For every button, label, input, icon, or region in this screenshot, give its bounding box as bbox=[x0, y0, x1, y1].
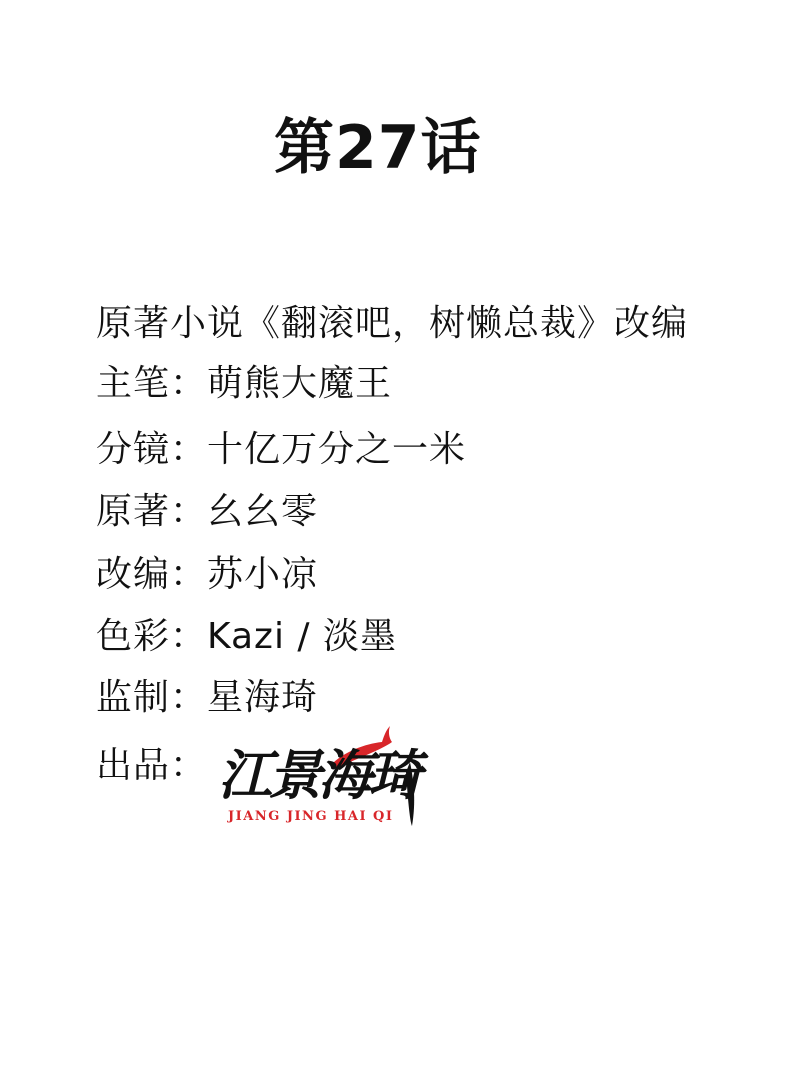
credit-adaptation: 改编：苏小凉 bbox=[96, 557, 318, 593]
credit-label: 原著： bbox=[96, 491, 207, 532]
credit-label: 监制： bbox=[96, 677, 207, 718]
credit-original-author: 原著：幺幺零 bbox=[96, 494, 318, 530]
logo-pinyin: JIANG JING HAI QI bbox=[227, 809, 393, 824]
producer-logo: 江景海琦 JIANG JING HAI QI bbox=[214, 722, 444, 832]
credit-supervisor: 监制：星海琦 bbox=[96, 680, 318, 716]
credit-label: 分镜： bbox=[96, 429, 207, 470]
chapter-title: 第27话 bbox=[274, 112, 482, 184]
logo-graphic: 江景海琦 JIANG JING HAI QI bbox=[214, 722, 444, 832]
credit-label: 主笔： bbox=[96, 363, 207, 404]
credit-value: 幺幺零 bbox=[207, 491, 318, 532]
credit-producer: 出品： bbox=[96, 748, 207, 784]
credit-storyboard: 分镜：十亿万分之一米 bbox=[96, 432, 466, 468]
credit-value: Kazi / 淡墨 bbox=[207, 616, 397, 657]
logo-calligraphy: 江景海琦 bbox=[218, 743, 429, 807]
credit-label: 色彩： bbox=[96, 616, 207, 657]
credit-value: 星海琦 bbox=[207, 677, 318, 718]
credit-colorist: 色彩：Kazi / 淡墨 bbox=[96, 619, 397, 655]
source-adaptation-line: 原著小说《翻滚吧，树懒总裁》改编 bbox=[96, 306, 688, 342]
credit-value: 苏小凉 bbox=[207, 554, 318, 595]
credit-value: 十亿万分之一米 bbox=[207, 429, 466, 470]
credit-label: 改编： bbox=[96, 554, 207, 595]
credit-lead-artist: 主笔：萌熊大魔王 bbox=[96, 366, 392, 402]
credit-label: 出品： bbox=[96, 745, 207, 786]
credit-value: 萌熊大魔王 bbox=[207, 363, 392, 404]
